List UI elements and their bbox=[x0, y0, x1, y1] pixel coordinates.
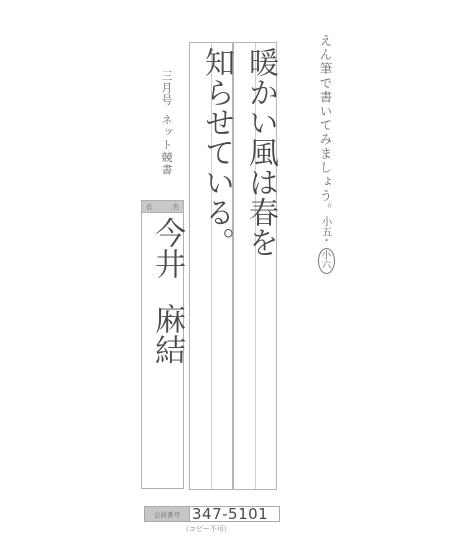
member-number-value: 347-5101 bbox=[190, 506, 280, 522]
name-box: 氏 名 今井 麻結 bbox=[141, 200, 184, 489]
grade-separator: ・ bbox=[322, 237, 332, 247]
grade-selector: 小五 ・ 小 六 bbox=[318, 216, 335, 274]
writing-column-left: 知らせている。 bbox=[189, 42, 233, 490]
issue-label: 三月号 bbox=[158, 70, 174, 106]
member-number-label: 会員番号 bbox=[144, 506, 190, 522]
instruction-text: えん筆で書いてみましょう。 bbox=[316, 34, 334, 217]
grade-option-sho5: 小五 bbox=[321, 216, 333, 237]
member-number-field: 会員番号 347-5101 bbox=[144, 506, 280, 522]
given-name: 麻結 bbox=[142, 303, 183, 365]
handwritten-name: 今井 麻結 bbox=[142, 217, 183, 365]
writing-column-right: 暖かい風は春を bbox=[233, 42, 277, 490]
surname: 今井 bbox=[142, 217, 183, 279]
handwritten-line-1: 暖かい風は春を bbox=[234, 47, 276, 257]
handwritten-line-2: 知らせている。 bbox=[190, 47, 232, 257]
name-box-header: 氏 名 bbox=[142, 201, 183, 213]
contest-label: ネット競書 bbox=[158, 114, 174, 177]
grade-option-sho6-circled: 小 六 bbox=[318, 248, 335, 274]
no-copy-note: （コピー不可） bbox=[182, 524, 231, 534]
